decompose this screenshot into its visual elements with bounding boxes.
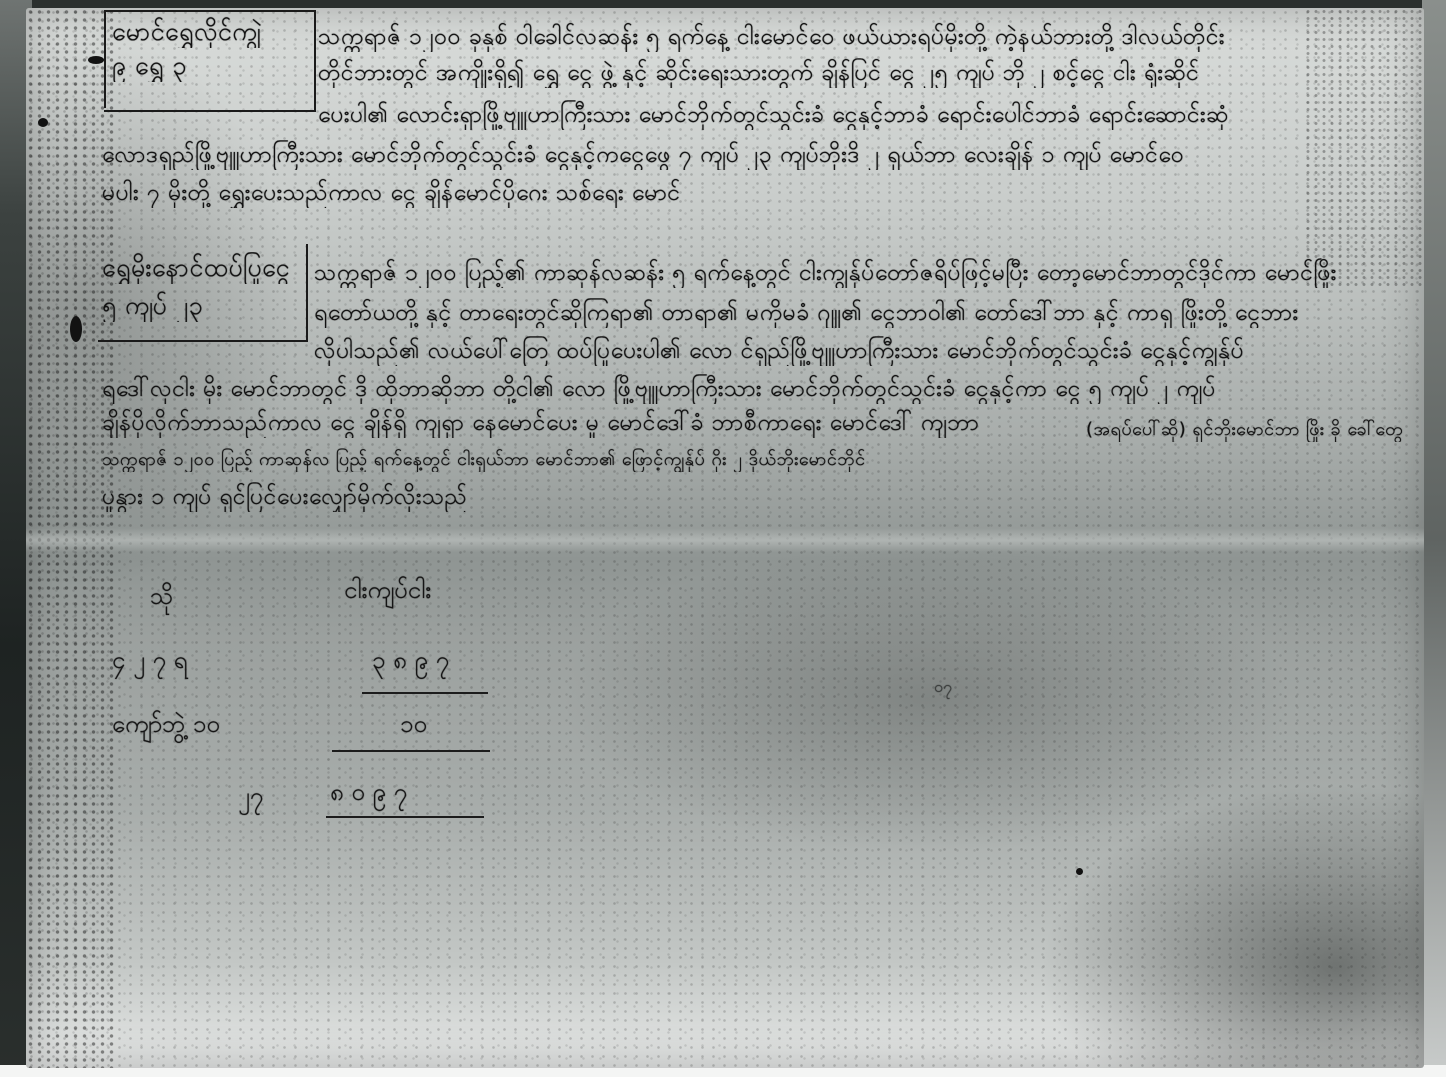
ledger-row-label: သို [150,580,173,616]
ink-stain [88,56,104,64]
section-2-text-line: သက္ကရာဇ် ၁၂၀၀ ပြည့်၏ ကာဆုန်လဆန်း ၅ ရက်နေ… [314,258,1404,288]
section-2-text-line: သက္ကရာဇ် ၁၂၀၀ ပြည့် ကာဆုန်လ ပြည့် ရက်နေ့… [102,448,1402,472]
stray-mark: ၀၇ [934,676,952,700]
ledger-rule [332,750,490,752]
ledger-row-value: ၁၀ [400,708,427,744]
section-2-label-line1: ရွှေမိုးနောင်ထပ်ပြုငွေ [102,252,302,284]
fold-crease [26,528,1424,552]
section-1-label-line1: မောင်ရွှေလိုင်ကျွဲ [112,16,312,48]
ledger-row-value: ၃ ၈ ၉ ၇ [372,644,449,680]
section-1-label-line2: ၉ ရွှေ ၃ [112,50,312,82]
section-2-label-line2: ၅ ကျပ် ၂၃ [102,290,302,322]
section-1-text-line: မပါး ၇ မိုးတို့ ရွှေးပေးသည်ကာလ ငွေ ချိန်… [102,178,982,208]
section-2-text-line: ပူနွား ၁ ကျပ် ရှင်ပြင်ပေးလျှော်မိုက်လိုး… [102,482,662,512]
ledger-row-label: ကျော်ဘွဲ့ ၁၀ [112,708,220,744]
ledger-header: ငါးကျပ်ငါး [344,574,431,610]
section-2-text-line: ချိန်ပိုလိုက်ဘာသည်ကာလ ငွေ ချိန်ရှိ ကျရှာ… [102,408,1112,438]
ledger-rule [326,816,484,818]
ink-stain [70,316,82,342]
section-1-text-line: ပေးပါ၏ လောင်းရှာဖြို့ဗျူဟာကြီးသား မောင်ဘ… [318,100,1388,130]
manuscript-sheet: မောင်ရွှေလိုင်ကျွဲ ၉ ရွှေ ၃ သက္ကရာဇ် ၁၂၀… [26,8,1424,1068]
ledger-row-label: ၄ ၂ ၇ ရ [112,644,187,680]
ledger-row-label: ၂၇ [238,780,263,816]
ledger-rule [362,692,488,694]
ledger-row-value: ၈ ၀ ၉ ၇ [330,776,407,812]
section-2-margin-note: (အရပ်ပေါ်ဆို) ရှင်ဘိုးမောင်ဘာ ဖြိုး ခို … [1086,418,1406,442]
photo-backdrop-right [1422,0,1446,1077]
section-2-text-line: လိုပါသည်၏ လယ်ပေါ်တြေ ထပ်ပြုပေးပါ၏ လော င်… [314,336,1404,366]
ink-stain [38,118,48,127]
section-1-text-line: တိုင်ဘားတွင် အကျိုးရှိ၍ ရွှေ ငွေ ဖွဲ့ နှ… [318,58,1388,88]
section-1-text-line: လောဒရှည်ဖြို့ဗျူဟာကြီးသား မောင်ဘိုက်တွင်… [102,140,1392,170]
section-2-text-line: ရဒေါ်လှငါး မိုး မောင်ဘာတွင် ဒို ထိုဘာဆို… [102,374,1402,404]
section-2-text-line: ရတော်ယတို့ နှင့် တာရေးတွင်ဆိုကြရာ၏ တာရာ၏… [314,298,1404,328]
ink-stain [1076,868,1083,875]
section-1-text-line: သက္ကရာဇ် ၁၂၀၀ ခုနှစ် ဝါခေါင်လဆန်း ၅ ရက်န… [318,22,1388,52]
section-1-label-box-left [104,10,106,108]
